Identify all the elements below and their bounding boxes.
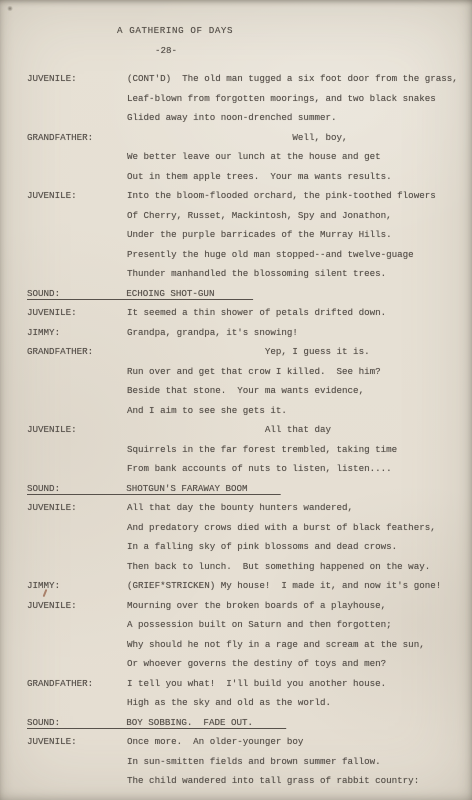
script-line: Why should he not fly in a rage and scre…: [27, 635, 472, 655]
dialogue-text: Once more. An older-younger boy: [127, 736, 303, 747]
script-line: Thunder manhandled the blossoming silent…: [27, 264, 472, 284]
dialogue-text: Grandpa, grandpa, it's snowing!: [127, 327, 298, 338]
dialogue-text: Or whoever governs the destiny of toys a…: [127, 658, 386, 669]
speaker-label: JUVENILE:: [27, 498, 77, 518]
script-line: Squirrels in the far forest trembled, ta…: [27, 440, 472, 460]
smudge-mark: [7, 6, 13, 11]
script-line: Run over and get that crow I killed. See…: [27, 362, 472, 382]
script-line: Under the purple barricades of the Murra…: [27, 225, 472, 245]
dialogue-text: Well, boy,: [127, 132, 348, 143]
page-title: A GATHERING OF DAYS: [117, 25, 233, 36]
script-line: JUVENILE:Once more. An older-younger boy: [27, 732, 472, 752]
dialogue-text: Mourning over the broken boards of a pla…: [127, 600, 386, 611]
script-line: Beside that stone. Your ma wants evidenc…: [27, 381, 472, 401]
dialogue-text: Beside that stone. Your ma wants evidenc…: [127, 385, 364, 396]
speaker-label: JUVENILE:: [27, 303, 77, 323]
script-line: Glided away into noon-drenched summer.: [27, 108, 472, 128]
speaker-label: JUVENILE:: [27, 596, 77, 616]
sound-cue-line: SOUND: ECHOING SHOT-GUN: [27, 284, 472, 304]
script-line: JUVENILE:Into the bloom-flooded orchard,…: [27, 186, 472, 206]
speaker-label: GRANDFATHER:: [27, 128, 93, 148]
sound-cue-text: SOUND: ECHOING SHOT-GUN: [27, 288, 253, 299]
script-line: JIMMY:(GRIEF*STRICKEN) My house! I made …: [27, 576, 472, 596]
speaker-label: JIMMY:: [27, 323, 60, 343]
script-line: GRANDFATHER: Yep, I guess it is.: [27, 342, 472, 362]
dialogue-text: The child wandered into tall grass of ra…: [127, 775, 419, 786]
scanned-page: A GATHERING OF DAYS -28- JUVENILE:(CONT'…: [0, 0, 472, 800]
dialogue-text: A possession built on Saturn and then fo…: [127, 619, 392, 630]
dialogue-text: High as the sky and old as the world.: [127, 697, 331, 708]
script-line: JUVENILE:(CONT'D) The old man tugged a s…: [27, 69, 472, 89]
script-body: JUVENILE:(CONT'D) The old man tugged a s…: [27, 69, 472, 791]
dialogue-text: Out in them apple trees. Your ma wants r…: [127, 171, 392, 182]
dialogue-text: (CONT'D) The old man tugged a six foot d…: [127, 73, 458, 84]
speaker-label: JUVENILE:: [27, 732, 77, 752]
dialogue-text: In sun-smitten fields and brown summer f…: [127, 756, 381, 767]
script-line: From bank accounts of nuts to listen, li…: [27, 459, 472, 479]
sound-cue-line: SOUND: SHOTGUN'S FARAWAY BOOM: [27, 479, 472, 499]
dialogue-text: From bank accounts of nuts to listen, li…: [127, 463, 392, 474]
script-line: Or whoever governs the destiny of toys a…: [27, 654, 472, 674]
script-line: And I aim to see she gets it.: [27, 401, 472, 421]
dialogue-text: We better leave our lunch at the house a…: [127, 151, 381, 162]
speaker-label: JUVENILE:: [27, 186, 77, 206]
sound-cue-text: SOUND: SHOTGUN'S FARAWAY BOOM: [27, 483, 281, 494]
dialogue-text: Squirrels in the far forest trembled, ta…: [127, 444, 397, 455]
dialogue-text: And predatory crows died with a burst of…: [127, 522, 436, 533]
script-line: Presently the huge old man stopped--and …: [27, 245, 472, 265]
dialogue-text: (GRIEF*STRICKEN) My house! I made it, an…: [127, 580, 441, 591]
script-line: The child wandered into tall grass of ra…: [27, 771, 472, 791]
script-line: Then back to lunch. But something happen…: [27, 557, 472, 577]
speaker-label: JUVENILE:: [27, 69, 77, 89]
speaker-label: GRANDFATHER:: [27, 342, 93, 362]
script-line: In sun-smitten fields and brown summer f…: [27, 752, 472, 772]
dialogue-text: All that day the bounty hunters wandered…: [127, 502, 353, 513]
script-line: JUVENILE:All that day the bounty hunters…: [27, 498, 472, 518]
dialogue-text: Of Cherry, Russet, Mackintosh, Spy and J…: [127, 210, 392, 221]
script-line: Of Cherry, Russet, Mackintosh, Spy and J…: [27, 206, 472, 226]
script-line: In a falling sky of pink blossoms and de…: [27, 537, 472, 557]
script-line: JUVENILE:Mourning over the broken boards…: [27, 596, 472, 616]
dialogue-text: And I aim to see she gets it.: [127, 405, 287, 416]
dialogue-text: Leaf-blown from forgotten moorings, and …: [127, 93, 436, 104]
page-number: -28-: [155, 45, 177, 56]
dialogue-text: Why should he not fly in a rage and scre…: [127, 639, 425, 650]
script-line: We better leave our lunch at the house a…: [27, 147, 472, 167]
dialogue-text: Under the purple barricades of the Murra…: [127, 229, 392, 240]
dialogue-text: In a falling sky of pink blossoms and de…: [127, 541, 397, 552]
script-line: A possession built on Saturn and then fo…: [27, 615, 472, 635]
script-line: Out in them apple trees. Your ma wants r…: [27, 167, 472, 187]
sound-cue-text: SOUND: BOY SOBBING. FADE OUT.: [27, 717, 286, 728]
dialogue-text: Run over and get that crow I killed. See…: [127, 366, 381, 377]
script-line: Leaf-blown from forgotten moorings, and …: [27, 89, 472, 109]
dialogue-text: I tell you what! I'll build you another …: [127, 678, 386, 689]
dialogue-text: It seemed a thin shower of petals drifte…: [127, 307, 386, 318]
script-line: And predatory crows died with a burst of…: [27, 518, 472, 538]
dialogue-text: Glided away into noon-drenched summer.: [127, 112, 337, 123]
script-line: GRANDFATHER: Well, boy,: [27, 128, 472, 148]
script-line: JUVENILE:It seemed a thin shower of peta…: [27, 303, 472, 323]
dialogue-text: Then back to lunch. But something happen…: [127, 561, 430, 572]
script-line: High as the sky and old as the world.: [27, 693, 472, 713]
dialogue-text: Thunder manhandled the blossoming silent…: [127, 268, 386, 279]
sound-cue-line: SOUND: BOY SOBBING. FADE OUT.: [27, 713, 472, 733]
dialogue-text: Presently the huge old man stopped--and …: [127, 249, 414, 260]
speaker-label: GRANDFATHER:: [27, 674, 93, 694]
dialogue-text: Into the bloom-flooded orchard, the pink…: [127, 190, 436, 201]
dialogue-text: All that day: [127, 424, 331, 435]
speaker-label: JUVENILE:: [27, 420, 77, 440]
dialogue-text: Yep, I guess it is.: [127, 346, 370, 357]
script-line: JIMMY:Grandpa, grandpa, it's snowing!: [27, 323, 472, 343]
script-line: JUVENILE: All that day: [27, 420, 472, 440]
script-line: GRANDFATHER:I tell you what! I'll build …: [27, 674, 472, 694]
